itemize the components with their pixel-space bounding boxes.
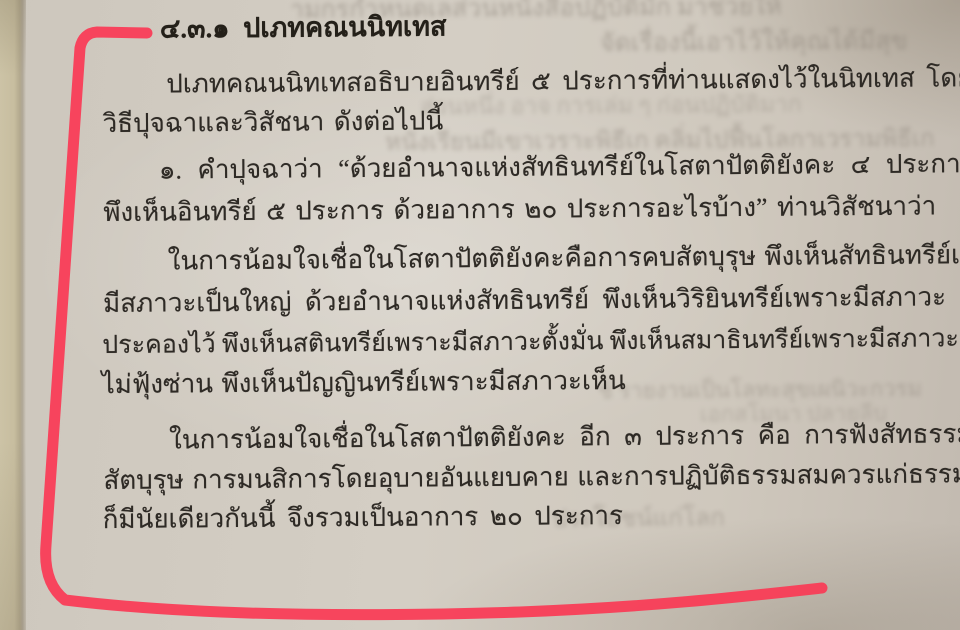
- text-line: ในการน้อมใจเชื่อในโสตาปัตติยังคะ อีก ๓ ป…: [169, 417, 960, 458]
- text-line: สัตบุรุษ การมนสิการโดยอุบายอันแยบคาย และ…: [103, 457, 960, 498]
- text-line: วิธีปุจฉาและวิสัชนา ดังต่อไปนี้: [102, 104, 443, 141]
- text-line: ปเภทคณนนิทเทสอธิบายอินทรีย์ ๕ ประการที่ท…: [166, 61, 960, 101]
- text-line: มีสภาวะเป็นใหญ่ ด้วยอำนาจแห่งสัทธินทรีย์…: [103, 280, 946, 321]
- text-line: ก็มีนัยเดียวกันนี้ จึงรวมเป็นอาการ ๒๐ ปร…: [103, 499, 624, 537]
- page-text: ๔.๓.๑ ปเภทคณนนิทเทส ปเภทคณนนิทเทสอธิบายอ…: [0, 0, 960, 630]
- text-line: ในการน้อมใจเชื่อในโสตาปัตติยังคะคือการคบ…: [168, 238, 960, 279]
- section-heading: ๔.๓.๑ ปเภทคณนนิทเทส: [160, 9, 447, 45]
- text-line: ๑. คำปุจฉาว่า “ด้วยอำนาจแห่งสัทธินทรีย์ใ…: [159, 147, 960, 187]
- text-line: พึงเห็นอินทรีย์ ๕ ประการ ด้วยอาการ ๒๐ ปร…: [103, 190, 936, 231]
- text-line: ไม่ฟุ้งซ่าน พึงเห็นปัญญินทรีย์เพราะมีสภา…: [102, 364, 626, 402]
- book-page-photo: ามกรกำหนดเลส่วนหนังสือปฏิบัติมัก มาช่วยใ…: [0, 0, 960, 630]
- text-line: ประคองไว้ พึงเห็นสตินทรีย์เพราะมีสภาวะตั…: [102, 322, 959, 363]
